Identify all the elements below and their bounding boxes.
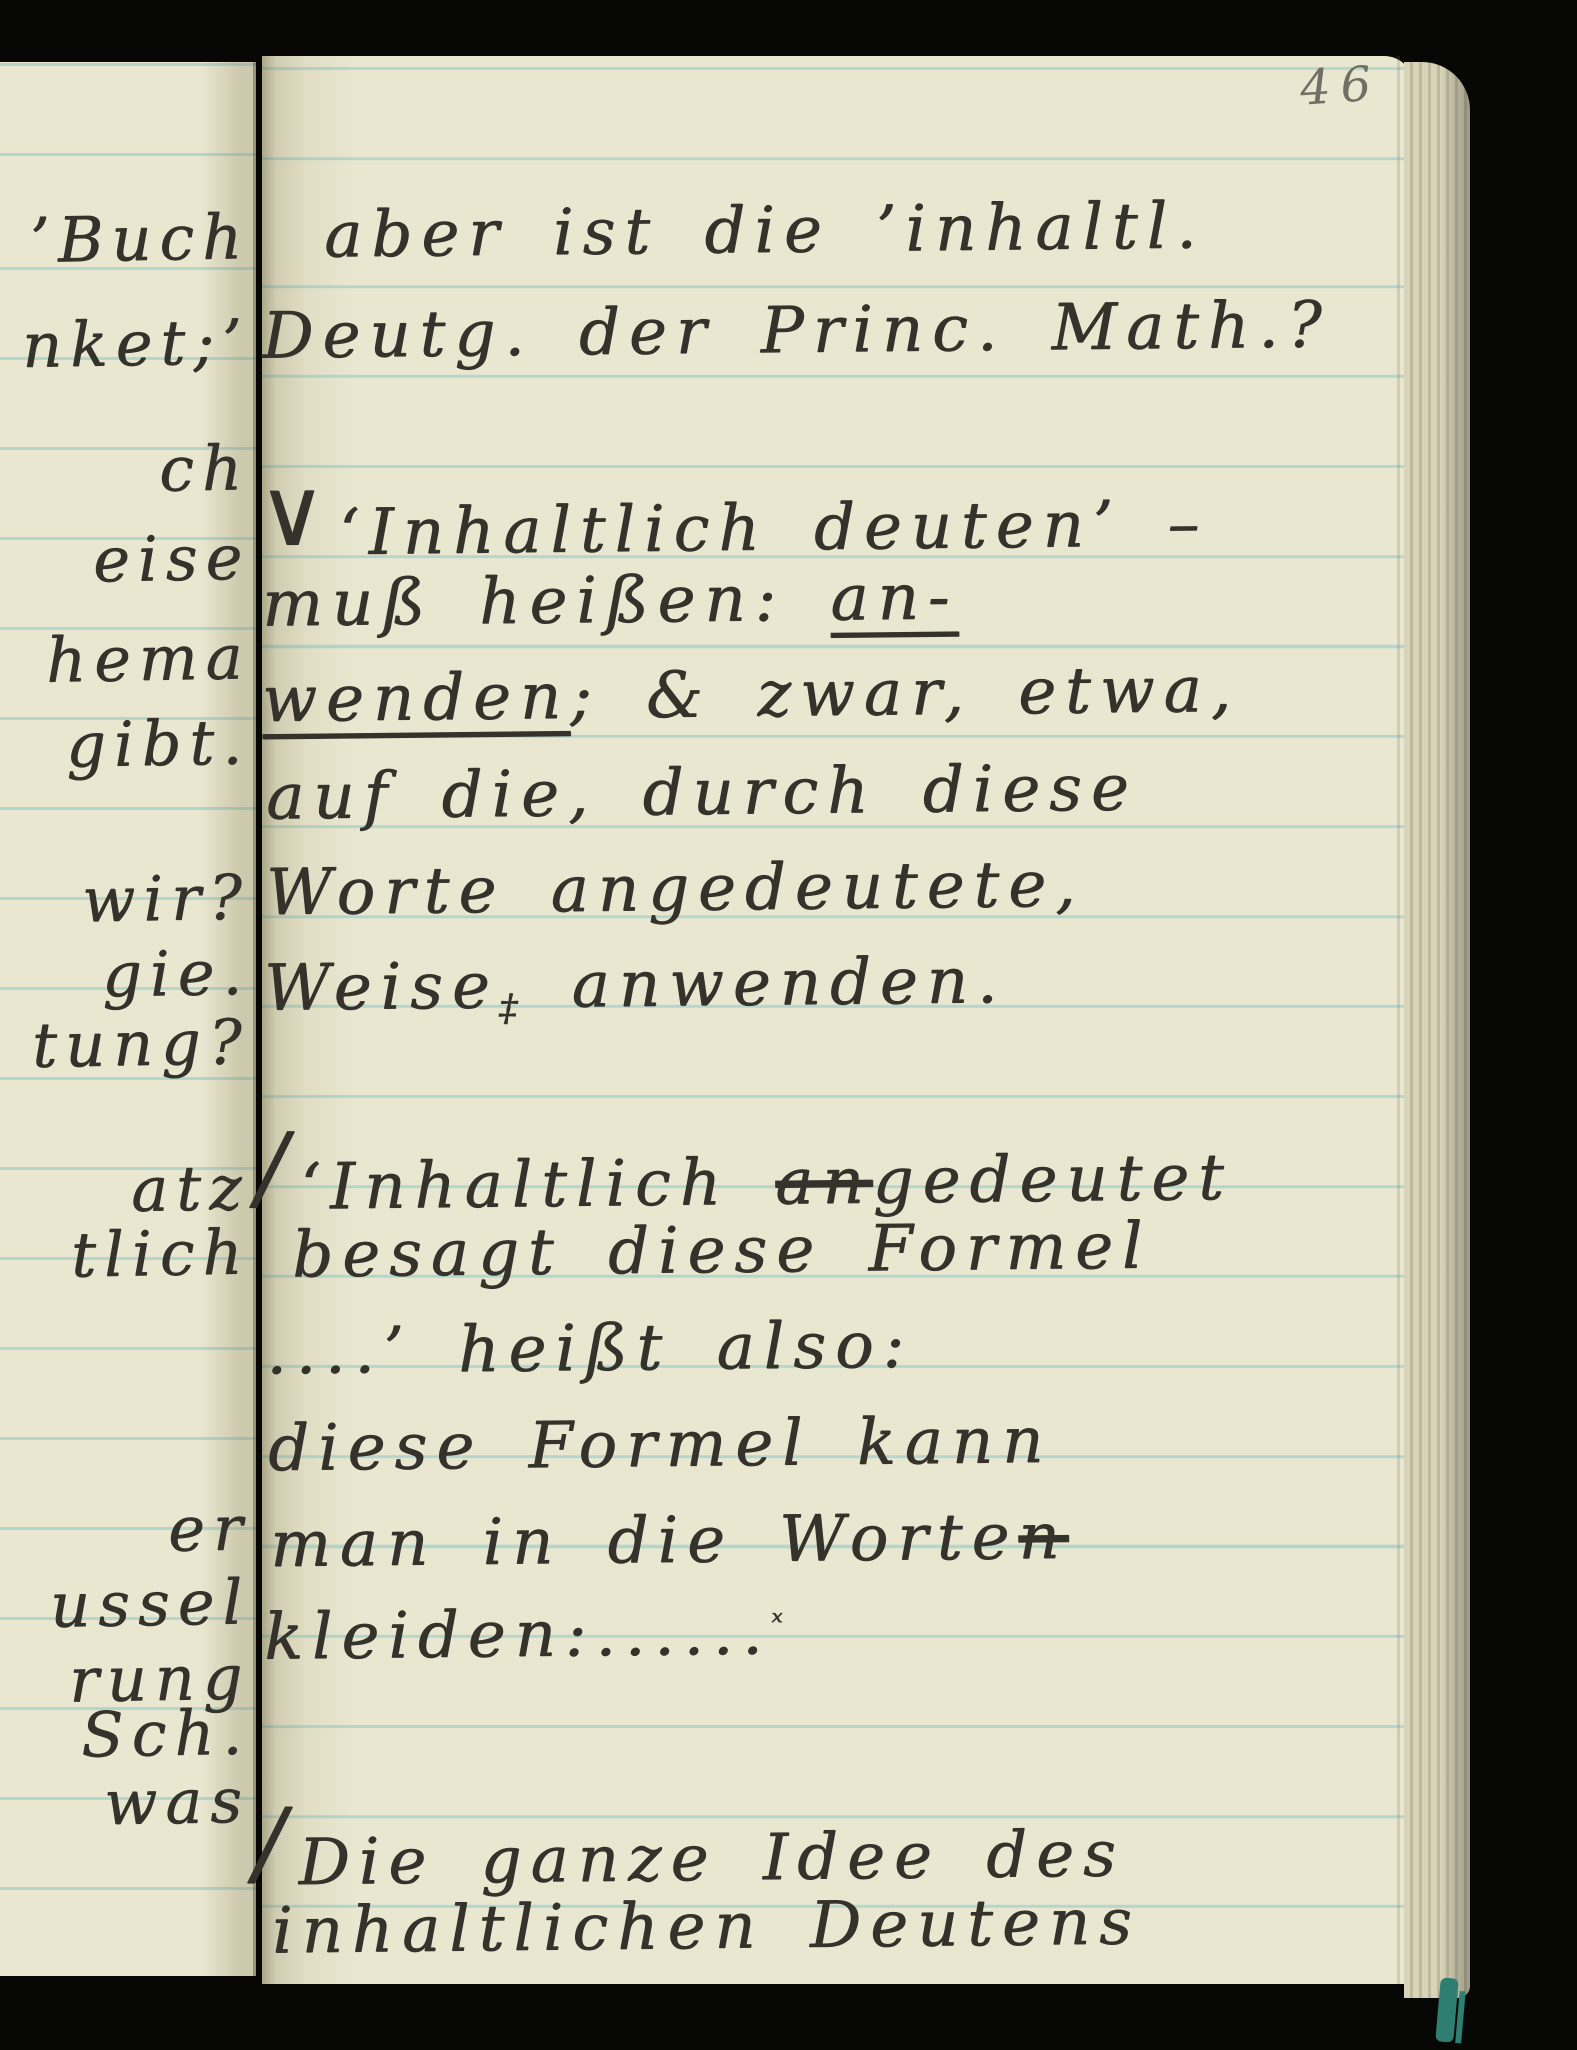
left-page-text-fragment: ’Buch [30, 200, 251, 277]
left-page-text-fragment: er [167, 1491, 251, 1565]
handwritten-line: wenden; & zwar, etwa, [262, 653, 1241, 737]
handwritten-line: aber ist die ’inhaltl. [324, 189, 1206, 272]
left-page-text-fragment: ussel [49, 1565, 250, 1641]
left-page-text-fragment: ch [159, 431, 251, 506]
paragraph-marker: / [255, 1113, 296, 1221]
left-page-text-fragment: wir? [82, 861, 251, 937]
left-page-text-fragment: Sch. [81, 1696, 251, 1772]
handwritten-line: Worte angedeutete, [266, 848, 1085, 931]
left-page-text-fragment: was [104, 1764, 251, 1840]
paragraph-marker: / [253, 1788, 294, 1896]
handwritten-line: kleiden:......ˣ [264, 1595, 792, 1675]
handwritten-line: diese Formel kann [268, 1404, 1053, 1486]
left-page: ’Buchnket;’cheisehemagibt.wir?gie.tung?a… [0, 62, 256, 1976]
handwritten-line: ∨‘Inhaltlich deuten’ – [257, 459, 1208, 577]
handwritten-line: Weise‡ anwenden. [264, 944, 1007, 1032]
left-page-text-fragment: gie. [101, 936, 250, 1012]
paragraph-marker: ∨ [257, 458, 335, 567]
handwritten-line: muß heißen: an- [262, 560, 959, 641]
handwritten-line: besagt diese Formel [292, 1210, 1152, 1293]
page-number: 46 [1298, 55, 1383, 117]
handwritten-line: inhaltlichen Deutens [272, 1885, 1141, 1968]
left-page-text-fragment: tlich [70, 1215, 250, 1291]
left-page-text-fragment: nket;’ [22, 305, 251, 382]
left-page-text-fragment: tung? [32, 1005, 251, 1082]
page-edge-stack [1404, 62, 1470, 1998]
left-page-text-fragment: eise [92, 521, 250, 597]
handwritten-line: ....’ heißt also: [266, 1309, 914, 1390]
right-page: aber ist die ’inhaltl.Deutg. der Princ. … [262, 56, 1414, 1984]
handwritten-line: Deutg. der Princ. Math.? [262, 288, 1331, 373]
handwritten-line: auf die, durch diese [266, 751, 1138, 834]
notebook-spread-photo: ’Buchnket;’cheisehemagibt.wir?gie.tung?a… [0, 0, 1577, 2050]
handwritten-line: man in die Worten [270, 1500, 1069, 1582]
left-page-text-fragment: gibt. [66, 705, 251, 781]
left-page-text-fragment: hema [45, 620, 251, 697]
